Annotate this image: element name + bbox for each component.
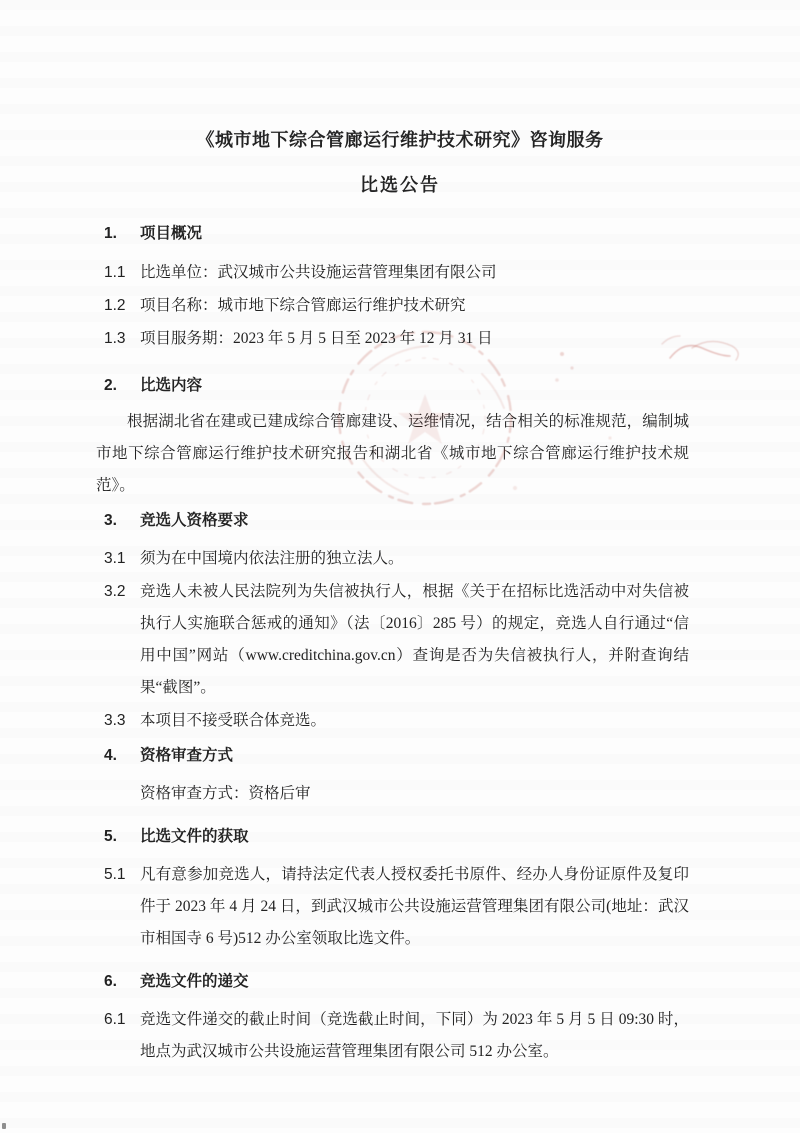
section-title: 比选文件的获取 <box>140 824 689 849</box>
paragraph-line: 范》。 <box>96 470 689 502</box>
item-line: 市相国寺 6 号)512 办公室领取比选文件。 <box>140 923 689 955</box>
item-3-3: 3.3 本项目不接受联合体竞选。 <box>104 705 689 737</box>
section-title: 竞选人资格要求 <box>140 508 689 533</box>
section-5-heading: 5. 比选文件的获取 <box>104 824 689 849</box>
paragraph-line: 根据湖北省在建或已建成综合管廊建设、运维情况，结合相关的标准规范，编制城 <box>96 406 689 438</box>
section-title: 资格审查方式 <box>140 743 689 768</box>
item-line: 执行人实施联合惩戒的通知》（法〔2016〕285 号）的规定，竞选人自行通过“信 <box>140 608 689 640</box>
item-number: 3.3 <box>104 705 140 737</box>
item-number: 1.2 <box>104 290 140 322</box>
item-5-1: 5.1 凡有意参加竞选人，请持法定代表人授权委托书原件、经办人身份证原件及复印 … <box>104 859 689 955</box>
paragraph-line: 资格审查方式：资格后审 <box>140 778 689 810</box>
section-4-paragraph: 资格审查方式：资格后审 <box>140 778 689 810</box>
item-number: 3.1 <box>104 543 140 575</box>
item-6-1: 6.1 竞选文件递交的截止时间（竞选截止时间，下同）为 2023 年 5 月 5… <box>104 1004 689 1068</box>
document-page: 《城市地下综合管廊运行维护技术研究》咨询服务 比选公告 1. 项目概况 1.1 … <box>0 0 800 1133</box>
section-6-heading: 6. 竞选文件的递交 <box>104 969 689 994</box>
item-number: 1.1 <box>104 257 140 289</box>
item-3-1: 3.1 须为在中国境内依法注册的独立法人。 <box>104 543 689 575</box>
item-line: 件于 2023 年 4 月 24 日，到武汉城市公共设施运营管理集团有限公司(地… <box>140 891 689 923</box>
item-line: 项目服务期：2023 年 5 月 5 日至 2023 年 12 月 31 日 <box>140 323 689 355</box>
section-title: 项目概况 <box>140 221 689 246</box>
item-line: 比选单位：武汉城市公共设施运营管理集团有限公司 <box>140 257 689 289</box>
item-3-2: 3.2 竞选人未被人民法院列为失信被执行人，根据《关于在招标比选活动中对失信被 … <box>104 576 689 704</box>
section-number: 1. <box>104 221 140 246</box>
section-number: 5. <box>104 824 140 849</box>
section-number: 4. <box>104 743 140 768</box>
item-number: 5.1 <box>104 859 140 955</box>
section-title: 竞选文件的递交 <box>140 969 689 994</box>
item-line: 竞选人未被人民法院列为失信被执行人，根据《关于在招标比选活动中对失信被 <box>140 576 689 608</box>
section-2-heading: 2. 比选内容 <box>104 373 689 398</box>
item-line: 竞选文件递交的截止时间（竞选截止时间，下同）为 2023 年 5 月 5 日 0… <box>140 1004 689 1036</box>
document-subtitle: 比选公告 <box>0 171 800 199</box>
section-number: 2. <box>104 373 140 398</box>
item-line: 果“截图”。 <box>140 672 689 704</box>
item-number: 3.2 <box>104 576 140 704</box>
document-title: 《城市地下综合管廊运行维护技术研究》咨询服务 <box>0 0 800 154</box>
item-line: 用中国”网站（www.creditchina.gov.cn）查询是否为失信被执行… <box>140 640 689 672</box>
item-1-3: 1.3 项目服务期：2023 年 5 月 5 日至 2023 年 12 月 31… <box>104 323 689 355</box>
paragraph-line: 市地下综合管廊运行维护技术研究报告和湖北省《城市地下综合管廊运行维护技术规 <box>96 438 689 470</box>
item-number: 6.1 <box>104 1004 140 1068</box>
section-4-heading: 4. 资格审查方式 <box>104 743 689 768</box>
item-1-1: 1.1 比选单位：武汉城市公共设施运营管理集团有限公司 <box>104 257 689 289</box>
scan-artifact <box>2 1123 6 1129</box>
section-3-heading: 3. 竞选人资格要求 <box>104 508 689 533</box>
section-2-paragraph: 根据湖北省在建或已建成综合管廊建设、运维情况，结合相关的标准规范，编制城 市地下… <box>96 406 689 502</box>
item-number: 1.3 <box>104 323 140 355</box>
section-title: 比选内容 <box>140 373 689 398</box>
section-number: 6. <box>104 969 140 994</box>
item-1-2: 1.2 项目名称：城市地下综合管廊运行维护技术研究 <box>104 290 689 322</box>
item-line: 本项目不接受联合体竞选。 <box>140 705 689 737</box>
section-1-heading: 1. 项目概况 <box>104 221 689 246</box>
item-line: 项目名称：城市地下综合管廊运行维护技术研究 <box>140 290 689 322</box>
item-line: 须为在中国境内依法注册的独立法人。 <box>140 543 689 575</box>
section-number: 3. <box>104 508 140 533</box>
item-line: 凡有意参加竞选人，请持法定代表人授权委托书原件、经办人身份证原件及复印 <box>140 859 689 891</box>
item-line: 地点为武汉城市公共设施运营管理集团有限公司 512 办公室。 <box>140 1036 689 1068</box>
